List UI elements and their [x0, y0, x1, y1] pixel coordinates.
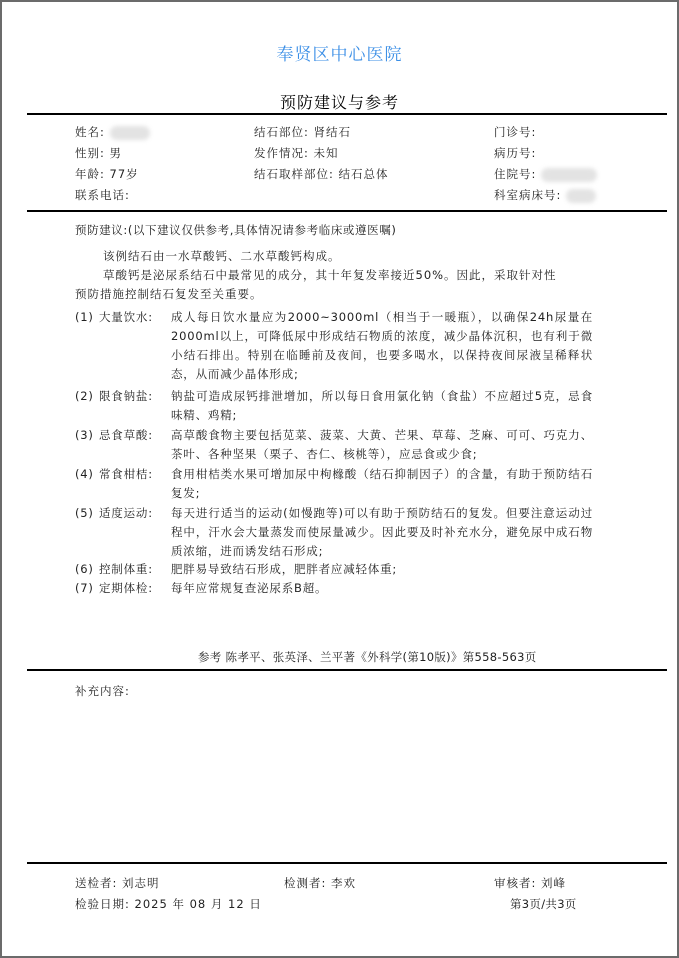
item-label: 忌食草酸: [99, 426, 171, 445]
item-text: 每天进行适当的运动(如慢跑等)可以有助于预防结石的复发。但要注意运动过程中，汗水… [171, 504, 593, 561]
sample-site-label: 结石取样部位: [254, 167, 334, 181]
reviewer-field: 审核者: 刘峰 [494, 875, 566, 891]
record-no-label: 病历号: [494, 146, 536, 160]
advice-item-6: (6)控制体重: 肥胖易导致结石形成，肥胖者应减轻体重; [75, 560, 595, 579]
field-name: 姓名: [75, 124, 150, 140]
name-value-redacted [110, 126, 150, 140]
divider-info [27, 210, 667, 212]
onset-value: 未知 [314, 146, 339, 160]
field-outpatient-no: 门诊号: [494, 124, 536, 140]
submitter-label: 送检者: [75, 876, 117, 890]
test-date-value: 2025 年 08 月 12 日 [135, 897, 262, 911]
advice-item-7: (7)定期体检: 每年应常规复查泌尿系B超。 [75, 579, 595, 598]
age-label: 年龄: [75, 167, 105, 181]
field-gender: 性别: 男 [75, 145, 122, 161]
advice-item-4: (4)常食柑桔: 食用柑桔类水果可增加尿中枸橼酸（结石抑制因子）的含量，有助于预… [75, 465, 595, 484]
sample-site-value: 结石总体 [339, 167, 389, 181]
item-number: (4) [75, 465, 99, 484]
advice-para-1: 该例结石由一水草酸钙、二水草酸钙构成。 [103, 247, 341, 266]
item-label: 适度运动: [99, 504, 171, 523]
tester-value: 李欢 [331, 876, 356, 890]
advice-para-2-line-1: 草酸钙是泌尿系结石中最常见的成分，其十年复发率接近50%。因此，采取针对性 [103, 266, 557, 285]
item-number: (3) [75, 426, 99, 445]
advice-item-1: (1)大量饮水: 成人每日饮水量应为2000~3000ml（相当于一暖瓶），以确… [75, 308, 595, 327]
item-text: 钠盐可造成尿钙排泄增加，所以每日食用氯化钠（食盐）不应超过5克，忌食味精、鸡精; [171, 387, 593, 425]
divider-reference [27, 669, 667, 671]
outpatient-no-label: 门诊号: [494, 125, 536, 139]
report-page: 奉贤区中心医院 预防建议与参考 姓名: 性别: 男 年龄: 77岁 联系电话: … [0, 0, 679, 958]
divider-top [27, 113, 667, 115]
gender-label: 性别: [75, 146, 105, 160]
item-label: 定期体检: [99, 579, 171, 598]
field-onset: 发作情况: 未知 [254, 145, 339, 161]
field-stone-site: 结石部位: 肾结石 [254, 124, 351, 140]
item-label: 大量饮水: [99, 308, 171, 327]
advice-item-5: (5)适度运动: 每天进行适当的运动(如慢跑等)可以有助于预防结石的复发。但要注… [75, 504, 595, 523]
gender-value: 男 [110, 146, 123, 160]
supplement-label: 补充内容: [75, 683, 130, 699]
advice-item-2: (2)限食钠盐: 钠盐可造成尿钙排泄增加，所以每日食用氯化钠（食盐）不应超过5克… [75, 387, 595, 406]
item-label: 常食柑桔: [99, 465, 171, 484]
reviewer-value: 刘峰 [541, 876, 566, 890]
tester-field: 检测者: 李欢 [284, 875, 356, 891]
stone-site-label: 结石部位: [254, 125, 309, 139]
stone-site-value: 肾结石 [314, 125, 352, 139]
field-ward-bed: 科室病床号: [494, 187, 596, 203]
hospital-name: 奉贤区中心医院 [2, 40, 677, 65]
item-text: 食用柑桔类水果可增加尿中枸橼酸（结石抑制因子）的含量，有助于预防结石复发; [171, 465, 593, 503]
age-value: 77岁 [110, 167, 139, 181]
submitter-field: 送检者: 刘志明 [75, 875, 160, 891]
divider-footer [27, 862, 667, 864]
page-indicator: 第3页/共3页 [510, 896, 577, 912]
test-date-label: 检验日期: [75, 897, 130, 911]
item-label: 限食钠盐: [99, 387, 171, 406]
item-number: (7) [75, 579, 99, 598]
advice-para-2-line-2: 预防措施控制结石复发至关重要。 [75, 285, 263, 304]
reference-citation: 参考 陈孝平、张英泽、兰平著《外科学(第10版)》第558-563页 [198, 649, 537, 665]
report-title: 预防建议与参考 [2, 90, 677, 113]
advice-item-3: (3)忌食草酸: 高草酸食物主要包括苋菜、菠菜、大黄、芒果、草莓、芝麻、可可、巧… [75, 426, 595, 445]
item-label: 控制体重: [99, 560, 171, 579]
field-phone: 联系电话: [75, 187, 130, 203]
item-number: (5) [75, 504, 99, 523]
field-inpatient-no: 住院号: [494, 166, 597, 182]
ward-bed-label: 科室病床号: [494, 188, 561, 202]
test-date-field: 检验日期: 2025 年 08 月 12 日 [75, 896, 262, 912]
item-number: (6) [75, 560, 99, 579]
inpatient-no-redacted [541, 168, 597, 182]
item-text: 每年应常规复查泌尿系B超。 [171, 579, 593, 598]
name-label: 姓名: [75, 125, 105, 139]
field-record-no: 病历号: [494, 145, 536, 161]
field-sample-site: 结石取样部位: 结石总体 [254, 166, 389, 182]
reviewer-label: 审核者: [494, 876, 536, 890]
inpatient-no-label: 住院号: [494, 167, 536, 181]
item-text: 高草酸食物主要包括苋菜、菠菜、大黄、芒果、草莓、芝麻、可可、巧克力、茶叶、各种坚… [171, 426, 593, 464]
item-number: (2) [75, 387, 99, 406]
field-age: 年龄: 77岁 [75, 166, 139, 182]
item-text: 肥胖易导致结石形成，肥胖者应减轻体重; [171, 560, 593, 579]
tester-label: 检测者: [284, 876, 326, 890]
item-number: (1) [75, 308, 99, 327]
advice-heading: 预防建议:(以下建议仅供参考,具体情况请参考临床或遵医嘱) [75, 222, 396, 238]
ward-bed-redacted [566, 189, 596, 203]
phone-label: 联系电话: [75, 188, 130, 202]
item-text: 成人每日饮水量应为2000~3000ml（相当于一暖瓶），以确保24h尿量在20… [171, 308, 593, 384]
submitter-value: 刘志明 [122, 876, 160, 890]
onset-label: 发作情况: [254, 146, 309, 160]
